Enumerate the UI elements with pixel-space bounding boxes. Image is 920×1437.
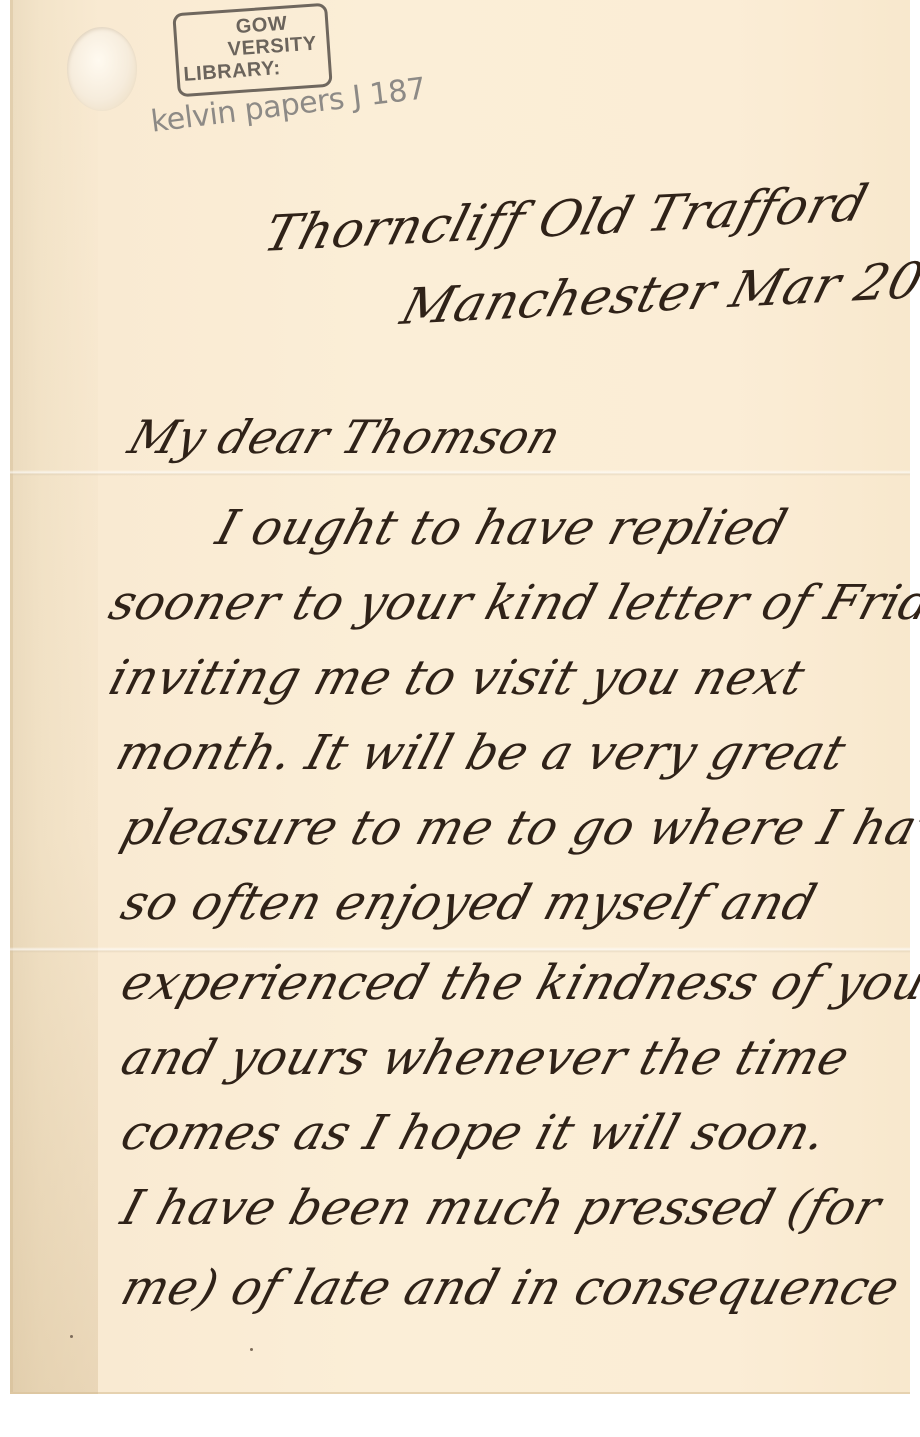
ink-speck — [70, 1335, 73, 1338]
page-edge-stain — [10, 0, 98, 1394]
body-line: experienced the kindness of you — [115, 955, 920, 1011]
body-line: me) of late and in consequence — [115, 1260, 906, 1316]
body-line: I have been much pressed (for — [115, 1180, 887, 1236]
address-line-1: Thorncliff Old Trafford — [258, 174, 874, 263]
body-line: comes as I hope it will soon. — [115, 1105, 833, 1161]
address-line-2-date: Manchester Mar 20 1867 — [395, 244, 920, 336]
fold-line — [10, 470, 910, 476]
embossed-seal-icon — [67, 27, 137, 111]
body-line: so often enjoyed myself and — [115, 875, 823, 931]
library-stamp: GOW VERSITY LIBRARY: — [172, 3, 332, 98]
body-line: and yours whenever the time — [115, 1030, 856, 1086]
salutation: My dear Thomson — [122, 410, 568, 464]
body-line: sooner to your kind letter of Friday — [103, 575, 920, 631]
ink-speck — [250, 1348, 253, 1351]
body-line: inviting me to visit you next — [103, 650, 811, 706]
body-line: month. It will be a very great — [110, 725, 852, 781]
letter-page: GOW VERSITY LIBRARY: kelvin papers J 187… — [10, 0, 910, 1394]
fold-line — [10, 947, 910, 953]
body-line: I ought to have replied — [210, 500, 793, 556]
body-line: pleasure to me to go where I have — [115, 800, 920, 856]
